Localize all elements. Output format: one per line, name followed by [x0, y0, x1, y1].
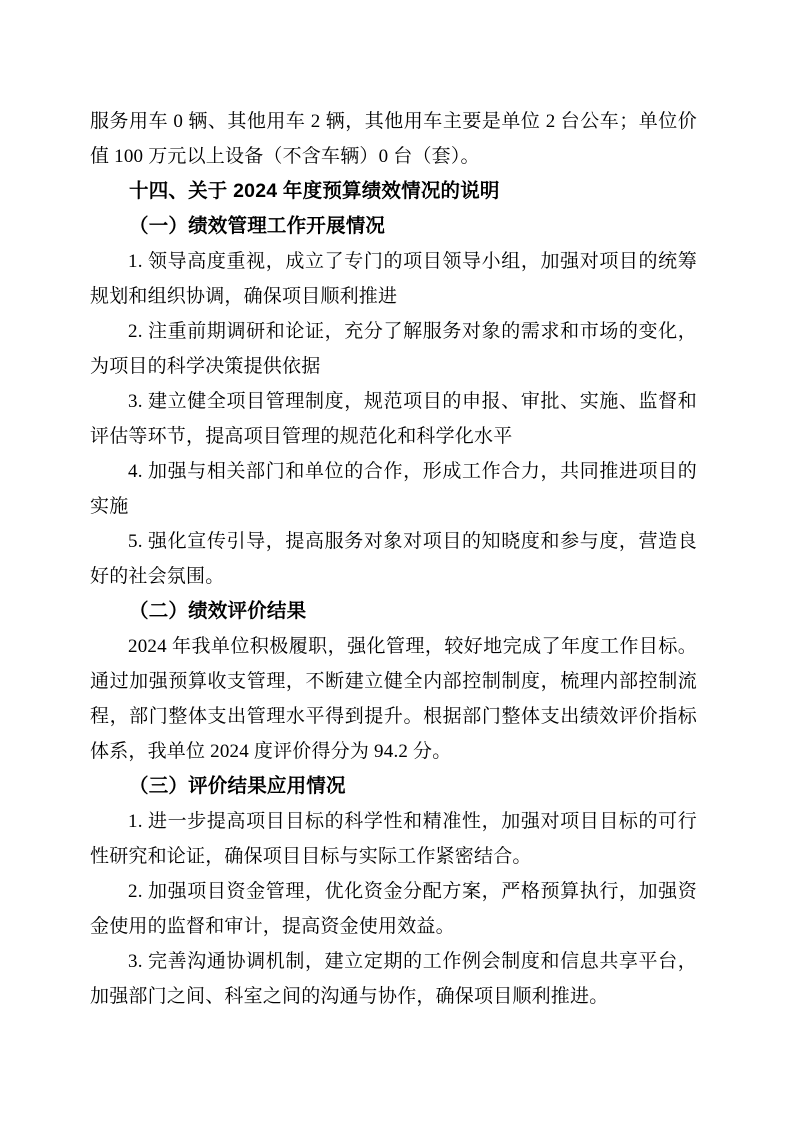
paragraph-item-4-cooperation: 4. 加强与相关部门和单位的合作，形成工作合力，共同推进项目的实施	[90, 454, 697, 524]
subsection-heading-2-evaluation-results: （二）绩效评价结果	[90, 594, 697, 629]
subsection-heading-1-performance-management: （一）绩效管理工作开展情况	[90, 209, 697, 244]
paragraph-item-2-research: 2. 注重前期调研和论证，充分了解服务对象的需求和市场的变化，为项目的科学决策提…	[90, 314, 697, 384]
paragraph-item-3-project-management: 3. 建立健全项目管理制度，规范项目的申报、审批、实施、监督和评估等环节，提高项…	[90, 384, 697, 454]
paragraph-item-1-leadership: 1. 领导高度重视，成立了专门的项目领导小组，加强对项目的统筹规划和组织协调，确…	[90, 244, 697, 314]
paragraph-application-3-communication: 3. 完善沟通协调机制，建立定期的工作例会制度和信息共享平台，加强部门之间、科室…	[90, 944, 697, 1014]
section-heading-14-budget-performance: 十四、关于 2024 年度预算绩效情况的说明	[90, 174, 697, 209]
paragraph-item-5-publicity: 5. 强化宣传引导，提高服务对象对项目的知晓度和参与度，营造良好的社会氛围。	[90, 524, 697, 594]
paragraph-vehicles-equipment: 服务用车 0 辆、其他用车 2 辆，其他用车主要是单位 2 台公车；单位价值 1…	[90, 104, 697, 174]
paragraph-application-1-goals: 1. 进一步提高项目目标的科学性和精准性，加强对项目目标的可行性研究和论证，确保…	[90, 804, 697, 874]
paragraph-application-2-funds: 2. 加强项目资金管理，优化资金分配方案，严格预算执行，加强资金使用的监督和审计…	[90, 874, 697, 944]
document-page: 服务用车 0 辆、其他用车 2 辆，其他用车主要是单位 2 台公车；单位价值 1…	[0, 0, 793, 1122]
subsection-heading-3-result-application: （三）评价结果应用情况	[90, 769, 697, 804]
paragraph-evaluation-score: 2024 年我单位积极履职，强化管理，较好地完成了年度工作目标。通过加强预算收支…	[90, 629, 697, 769]
